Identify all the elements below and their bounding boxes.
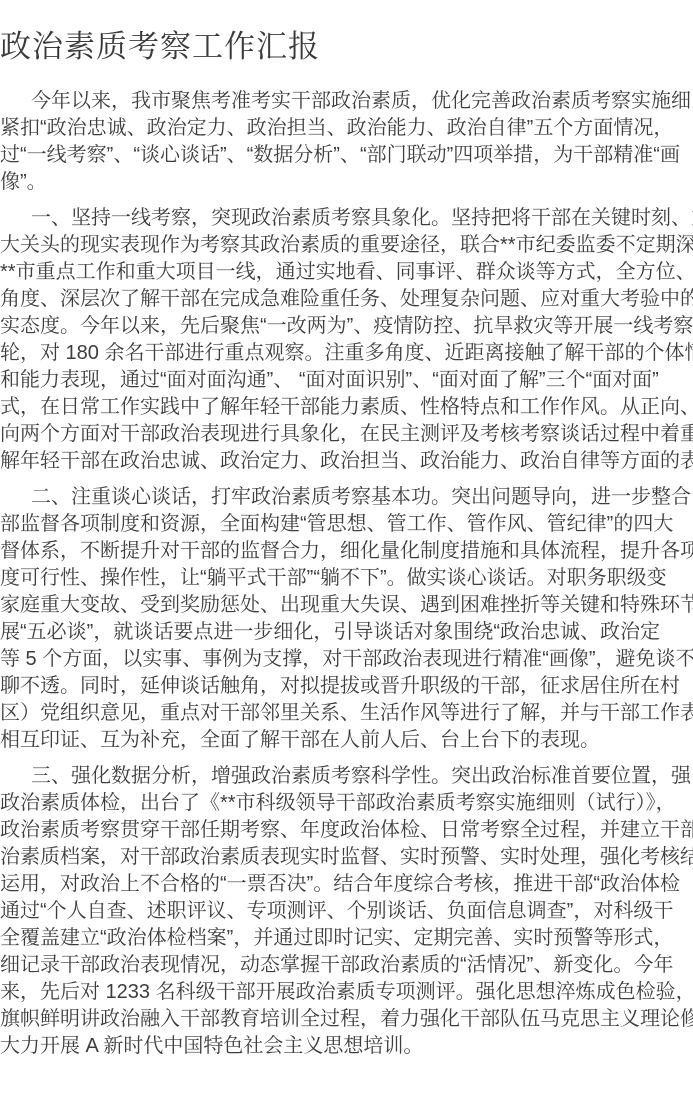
text-line: 政治素质体检，出台了《**市科级领导干部政治素质考察实施细则（试行）》， [0, 790, 693, 817]
document-body: 今年以来，我市聚焦考准考实干部政治素质，优化完善政治素质考察实施细紧扣“政治忠诚… [0, 88, 693, 1060]
text-line: 三、强化数据分析，增强政治素质考察科学性。突出政治标准首要位置，强 [0, 763, 693, 790]
text-line: 二、注重谈心谈话，打牢政治素质考察基本功。突出问题导向，进一步整合 [0, 484, 693, 511]
text-line: 部监督各项制度和资源，全面构建“管思想、管工作、管作风、管纪律”的四大 [0, 511, 693, 538]
text-line: 治素质档案，对干部政治素质表现实时监督、实时预警、实时处理，强化考核结 [0, 844, 693, 871]
text-line: 区）党组织意见，重点对干部邻里关系、生活作风等进行了解，并与干部工作表 [0, 700, 693, 727]
text-line: **市重点工作和重大项目一线，通过实地看、同事评、群众谈等方式，全方位、 [0, 259, 693, 286]
text-line: 大力开展 A 新时代中国特色社会主义思想培训。 [0, 1033, 693, 1060]
text-line: 相互印证、互为补充，全面了解干部在人前人后、台上台下的表现。 [0, 727, 693, 754]
text-line: 聊不透。同时，延伸谈话触角，对拟提拔或晋升职级的干部，征求居住所在村（ [0, 673, 693, 700]
text-line: 旗帜鲜明讲政治融入干部教育培训全过程，着力强化干部队伍马克思主义理论修 [0, 1006, 693, 1033]
text-line: 度可行性、操作性，让“躺平式干部”“躺不下”。做实谈心谈话。对职务职级变 [0, 565, 693, 592]
text-line: 和能力表现，通过“面对面沟通”、 “面对面识别”、“面对面了解”三个“面对面” [0, 367, 693, 394]
paragraph: 一、坚持一线考察，突现政治素质考察具象化。坚持把将干部在关键时刻、重大关头的现实… [0, 205, 693, 475]
document-page: 政治素质考察工作汇报 今年以来，我市聚焦考准考实干部政治素质，优化完善政治素质考… [0, 0, 693, 1060]
paragraph: 二、注重谈心谈话，打牢政治素质考察基本功。突出问题导向，进一步整合部监督各项制度… [0, 484, 693, 754]
text-line: 细记录干部政治表现情况，动态掌握干部政治素质的“活情况”、新变化。今年 [0, 952, 693, 979]
text-line: 等 5 个方面，以实事、事例为支撑，对干部政治表现进行精准“画像”，避免谈不 [0, 646, 693, 673]
text-line: 实态度。今年以来，先后聚焦“一改两为”、疫情防控、抗旱救灾等开展一线考察 [0, 313, 693, 340]
text-line: 紧扣“政治忠诚、政治定力、政治担当、政治能力、政治自律”五个方面情况， [0, 115, 693, 142]
text-line: 过“一线考察”、“谈心谈话”、“数据分析”、“部门联动”四项举措，为干部精准“画 [0, 142, 693, 169]
text-line: 轮，对 180 余名干部进行重点观察。注重多角度、近距离接触了解干部的个体情 [0, 340, 693, 367]
text-line: 像”。 [0, 169, 693, 196]
text-line: 一、坚持一线考察，突现政治素质考察具象化。坚持把将干部在关键时刻、重 [0, 205, 693, 232]
text-line: 大关头的现实表现作为考察其政治素质的重要途径，联合**市纪委监委不定期深 [0, 232, 693, 259]
text-line: 家庭重大变故、受到奖励惩处、出现重大失误、遇到困难挫折等关键和特殊环节 [0, 592, 693, 619]
text-line: 向两个方面对干部政治表现进行具象化，在民主测评及考核考察谈话过程中着重 [0, 421, 693, 448]
text-line: 来，先后对 1233 名科级干部开展政治素质专项测评。强化思想淬炼成色检验， [0, 979, 693, 1006]
text-line: 今年以来，我市聚焦考准考实干部政治素质，优化完善政治素质考察实施细 [0, 88, 693, 115]
document-title: 政治素质考察工作汇报 [0, 31, 693, 63]
text-line: 展“五必谈”，就谈话要点进一步细化，引导谈话对象围绕“政治忠诚、政治定 [0, 619, 693, 646]
text-line: 运用，对政治上不合格的“一票否决”。结合年度综合考核，推进干部“政治体检 [0, 871, 693, 898]
text-line: 式，在日常工作实践中了解年轻干部能力素质、性格特点和工作作风。从正向、 [0, 394, 693, 421]
paragraph: 三、强化数据分析，增强政治素质考察科学性。突出政治标准首要位置，强政治素质体检，… [0, 763, 693, 1060]
text-line: 解年轻干部在政治忠诚、政治定力、政治担当、政治能力、政治自律等方面的表现 [0, 448, 693, 475]
text-line: 角度、深层次了解干部在完成急难险重任务、处理复杂问题、应对重大考验中的 [0, 286, 693, 313]
text-line: 政治素质考察贯穿干部任期考察、年度政治体检、日常考察全过程，并建立干部 [0, 817, 693, 844]
text-line: 督体系，不断提升对干部的监督合力，细化量化制度措施和具体流程，提升各项 [0, 538, 693, 565]
text-line: 全覆盖建立“政治体检档案”，并通过即时记实、定期完善、实时预警等形式， [0, 925, 693, 952]
text-line: 通过“个人自查、述职评议、专项测评、个别谈话、负面信息调查”，对科级干 [0, 898, 693, 925]
paragraph: 今年以来，我市聚焦考准考实干部政治素质，优化完善政治素质考察实施细紧扣“政治忠诚… [0, 88, 693, 196]
